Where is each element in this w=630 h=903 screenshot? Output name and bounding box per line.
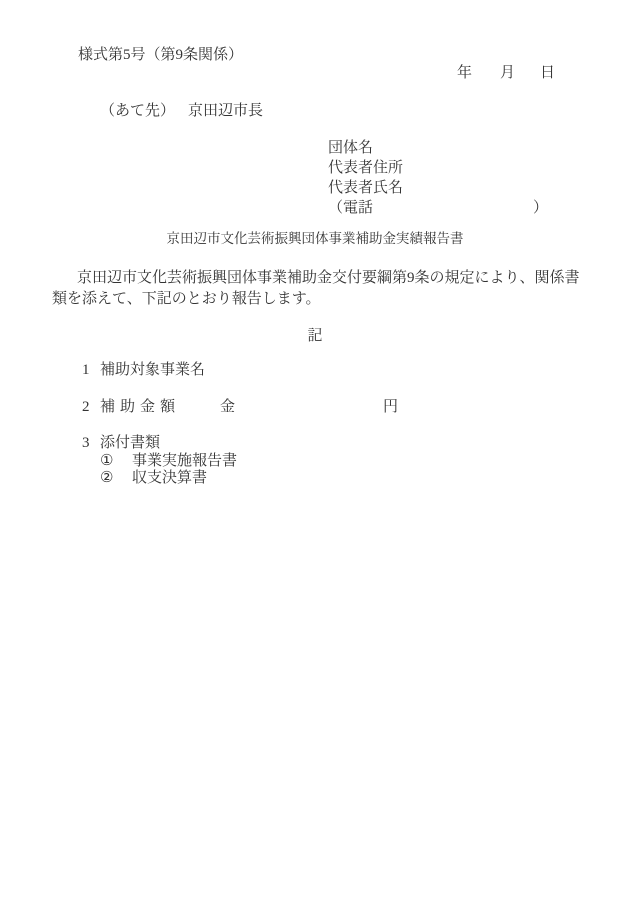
attachment-1-label: 事業実施報告書 (132, 453, 237, 469)
item-3-number: 3 (82, 436, 100, 451)
addressee-prefix: （あて先） (100, 103, 175, 119)
org-name-label: 団体名 (328, 138, 548, 158)
applicant-info-block: 団体名 代表者住所 代表者氏名 （電話） (328, 138, 548, 218)
date-day-label: 日 (540, 65, 555, 81)
body-paragraph-line2: 類を添えて、下記のとおり報告します。 (52, 289, 592, 310)
item-2-number: 2 (82, 400, 100, 415)
document-page: 様式第5号（第9条関係） 年月日 （あて先）京田辺市長 団体名 代表者住所 代表… (0, 0, 630, 903)
attachment-1-implementation-report: ①事業実施報告書 (100, 454, 237, 469)
attachment-1-number: ① (100, 454, 132, 469)
ki-heading: 記 (0, 329, 630, 344)
addressee-name: 京田辺市長 (188, 103, 263, 119)
amount-prefix-label: 金 (220, 399, 235, 415)
item-3-label: 添付書類 (100, 435, 160, 451)
date-line: 年月日 (457, 66, 555, 81)
item-1-label: 補助対象事業名 (100, 362, 205, 378)
rep-address-label: 代表者住所 (328, 158, 548, 178)
phone-open-label: （電話 (328, 200, 373, 216)
attachment-2-number: ② (100, 471, 132, 486)
amount-suffix-label: 円 (383, 399, 398, 415)
item-2-label: 補助金額 (100, 399, 180, 415)
date-month-label: 月 (500, 65, 515, 81)
form-number-label: 様式第5号（第9条関係） (78, 48, 243, 63)
item-attached-documents: 3添付書類 (82, 436, 160, 451)
attachment-2-financial-statement: ②収支決算書 (100, 471, 207, 486)
phone-close-label: ） (533, 200, 548, 216)
item-1-number: 1 (82, 363, 100, 378)
item-subsidized-project-name: 1補助対象事業名 (82, 363, 205, 378)
attachment-2-label: 収支決算書 (132, 470, 207, 486)
rep-name-label: 代表者氏名 (328, 178, 548, 198)
date-year-label: 年 (457, 65, 472, 81)
phone-line: （電話） (328, 198, 548, 218)
document-title: 京田辺市文化芸術振興団体事業補助金実績報告書 (0, 232, 630, 246)
body-paragraph: 京田辺市文化芸術振興団体事業補助金交付要綱第9条の規定により、関係書 類を添えて… (52, 268, 592, 310)
addressee-line: （あて先）京田辺市長 (100, 104, 263, 119)
body-paragraph-line1: 京田辺市文化芸術振興団体事業補助金交付要綱第9条の規定により、関係書 (52, 268, 592, 289)
item-subsidy-amount: 2補助金額金円 (82, 400, 398, 415)
